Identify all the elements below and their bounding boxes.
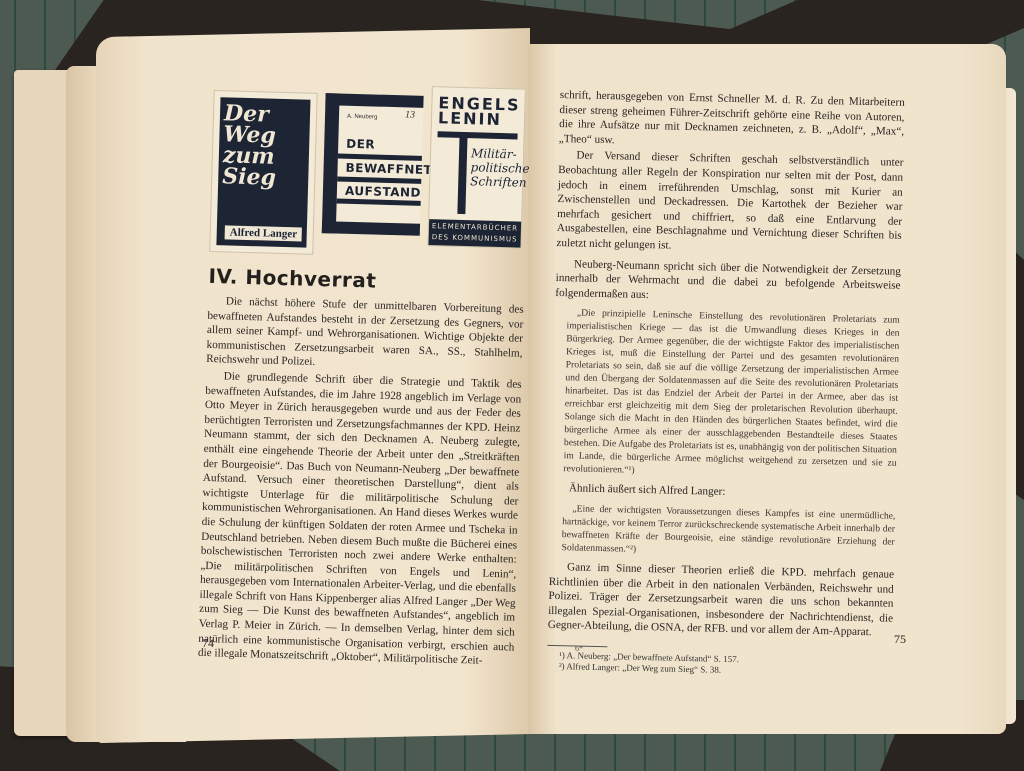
cover-der-bewaffnete-aufstand: A. Neuberg 13 DER BEWAFFNETE AUFSTAND [322,93,424,236]
cover-bar [338,153,422,160]
section-heading: IV. Hochverrat [208,264,525,297]
left-page-content: Der Weg zum Sieg Alfred Langer A. Neuber… [198,80,530,669]
paragraph: schrift, herausgegeben von Ernst Schnell… [559,88,905,154]
cover-band: ELEMENTARBÜCHER DES KOMMUNISMUS [428,219,521,248]
cover-bar [322,93,340,233]
paragraph: Die nächst höhere Stufe der unmittelbare… [206,294,524,376]
cover-title: ENGELS LENIN [438,95,521,127]
cover-author: A. Neuberg [347,114,378,121]
signature-mark: 6* [575,644,583,653]
cover-bar [322,221,420,236]
cover-title-line: BEWAFFNETE [345,162,441,177]
cover-engels-lenin: ENGELS LENIN Militär-politische Schrifte… [427,86,525,249]
cover-bar [325,93,423,108]
paragraph: Ganz im Sinne dieser Theorien erließ die… [548,560,895,641]
cover-band-line: DES KOMMUNISMUS [429,232,521,246]
cover-number: 13 [405,109,415,120]
cover-bar [437,131,517,139]
paragraph: Die grundlegende Schrift über die Strate… [198,369,522,670]
paragraph: Neuberg-Neumann spricht sich über die No… [555,256,901,308]
cover-title-line: DER [346,138,375,151]
cover-der-weg-zum-sieg: Der Weg zum Sieg Alfred Langer [209,90,317,255]
page-number-right: 75 [894,632,906,647]
book-cover-illustrations: Der Weg zum Sieg Alfred Langer A. Neuber… [209,80,530,259]
paragraph: Der Versand dieser Schriften geschah sel… [556,148,903,258]
cover-author: Alfred Langer [225,225,303,241]
cover-bar [457,136,467,214]
cover-title-line: AUFSTAND [345,185,421,199]
cover-subtitle: Militär-politische Schriften [470,146,521,189]
block-quote: „Eine der wichtigsten Voraussetzungen di… [561,502,895,562]
cover-title: Der Weg zum Sieg [222,103,284,189]
right-page-content: schrift, herausgegeben von Ernst Schnell… [547,88,905,680]
block-quote: „Die prinzipielle Leninsche Einstellung … [563,307,900,484]
page-number-left: 74 [202,636,214,651]
cover-bar [337,176,421,183]
paragraph: Ähnlich äußert sich Alfred Langer: [551,481,896,503]
cover-bar [337,198,421,205]
